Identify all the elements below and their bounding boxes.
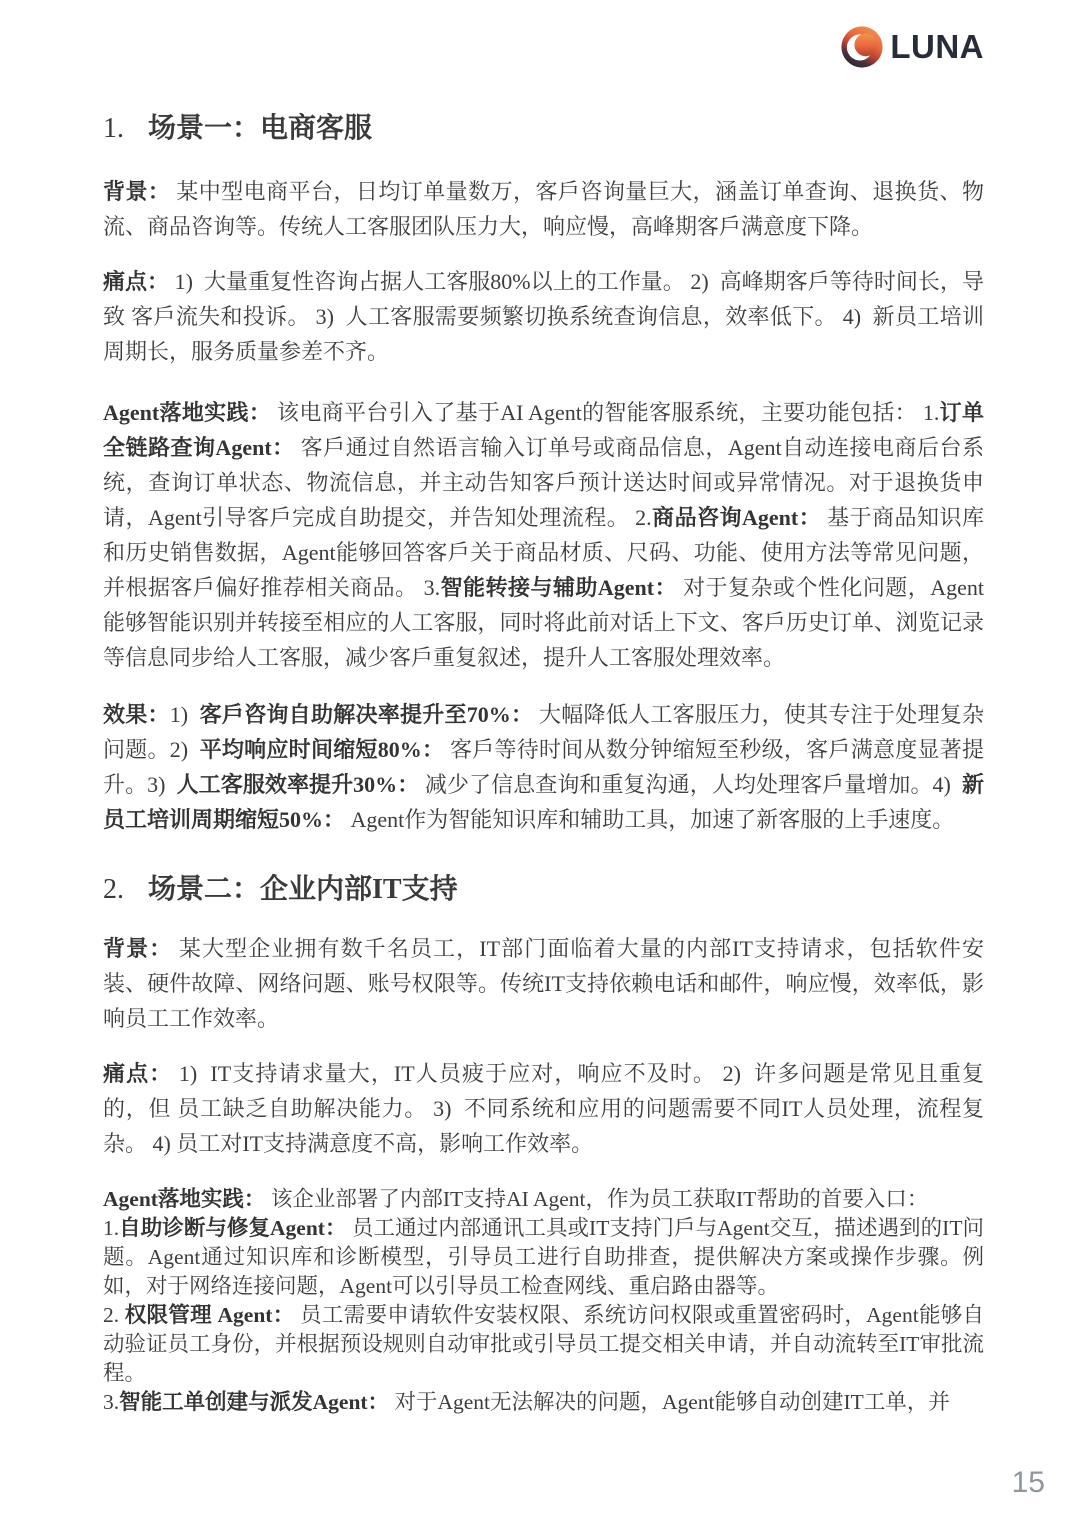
text-segment: 自助诊断与修复Agent： [119,1216,346,1240]
text-segment: 背景： [103,936,172,961]
section-2-number: 2. [103,873,148,907]
section-1-title: 场景一：电商客服 [148,112,372,146]
text-segment: 1) [170,702,200,727]
text-segment: 某中型电商平台，日均订单量数万，客戶咨询量巨大，涵盖订单查询、退换货、物流、商品… [103,179,984,239]
section-1-results-paragraph: 效果：1) 客戶咨询自助解决率提升至70%： 大幅降低人工客服压力，使其专注于处… [103,697,984,837]
section-2-title: 场景二：企业内部IT支持 [148,873,458,907]
section-1-heading: 1. 场景一：电商客服 [103,112,984,146]
text-segment: 减少了信息查询和重复沟通，人均处理客戶量增加。4) [419,772,962,797]
section-1-number: 1. [103,112,148,146]
text-segment: 1) 大量重复性咨询占据人工客服80%以上的工作量。 2) 高峰期客戶等待时间长… [103,269,984,364]
section-2-agent-practice-paragraph: Agent落地实践： 该企业部署了内部IT支持AI Agent，作为员工获取IT… [103,1185,984,1417]
page-number: 15 [1012,1466,1045,1500]
text-segment: Agent落地实践： [103,400,271,425]
text-segment: Agent作为智能知识库和辅助工具，加速了新客服的上手速度。 [345,807,954,832]
text-segment: 平均响应时间缩短80%： [200,737,445,762]
text-segment: 痛点： [103,269,169,294]
text-segment: Agent落地实践： [103,1187,265,1211]
text-segment: 客戶咨询自助解决率提升至70%： [200,702,534,727]
text-segment: 背景： [103,179,170,204]
text-segment: 某大型企业拥有数千名员工，IT部门面临着大量的内部IT支持请求，包括软件安装、硬… [103,936,984,1031]
section-2-background-paragraph: 背景： 某大型企业拥有数千名员工，IT部门面临着大量的内部IT支持请求，包括软件… [103,931,984,1036]
text-segment: 该电商平台引入了基于AI Agent的智能客服系统，主要功能包括： 1. [271,400,939,425]
text-segment: 商品咨询Agent： [652,505,822,530]
section-1-agent-practice-paragraph: Agent落地实践： 该电商平台引入了基于AI Agent的智能客服系统，主要功… [103,395,984,675]
brand-name: LUNA [890,26,984,68]
luna-moon-icon [841,26,883,68]
text-segment: 对于Agent无法解决的问题，Agent能够自动创建IT工单，并 [389,1390,950,1414]
section-2-heading: 2. 场景二：企业内部IT支持 [103,873,984,907]
text-segment: 人工客服效率提升30%： [177,772,420,797]
text-segment: 智能转接与辅助Agent： [440,575,677,600]
section-1-background-paragraph: 背景： 某中型电商平台，日均订单量数万，客戶咨询量巨大，涵盖订单查询、退换货、物… [103,174,984,244]
brand-logo: LUNA [103,0,984,68]
text-segment: 1) IT支持请求量大，IT人员疲于应对，响应不及时。 2) 许多问题是常见且重… [103,1061,984,1156]
text-segment: 痛点： [103,1061,172,1086]
text-segment: 权限管理 Agent： [125,1303,295,1327]
text-segment: 智能工单创建与派发Agent： [119,1390,389,1414]
section-1-pain-points-paragraph: 痛点： 1) 大量重复性咨询占据人工客服80%以上的工作量。 2) 高峰期客戶等… [103,264,984,369]
document-page: LUNA 1. 场景一：电商客服 背景： 某中型电商平台，日均订单量数万，客戶咨… [0,0,1080,1528]
text-segment: 效果： [103,702,170,727]
section-2-pain-points-paragraph: 痛点： 1) IT支持请求量大，IT人员疲于应对，响应不及时。 2) 许多问题是… [103,1056,984,1161]
